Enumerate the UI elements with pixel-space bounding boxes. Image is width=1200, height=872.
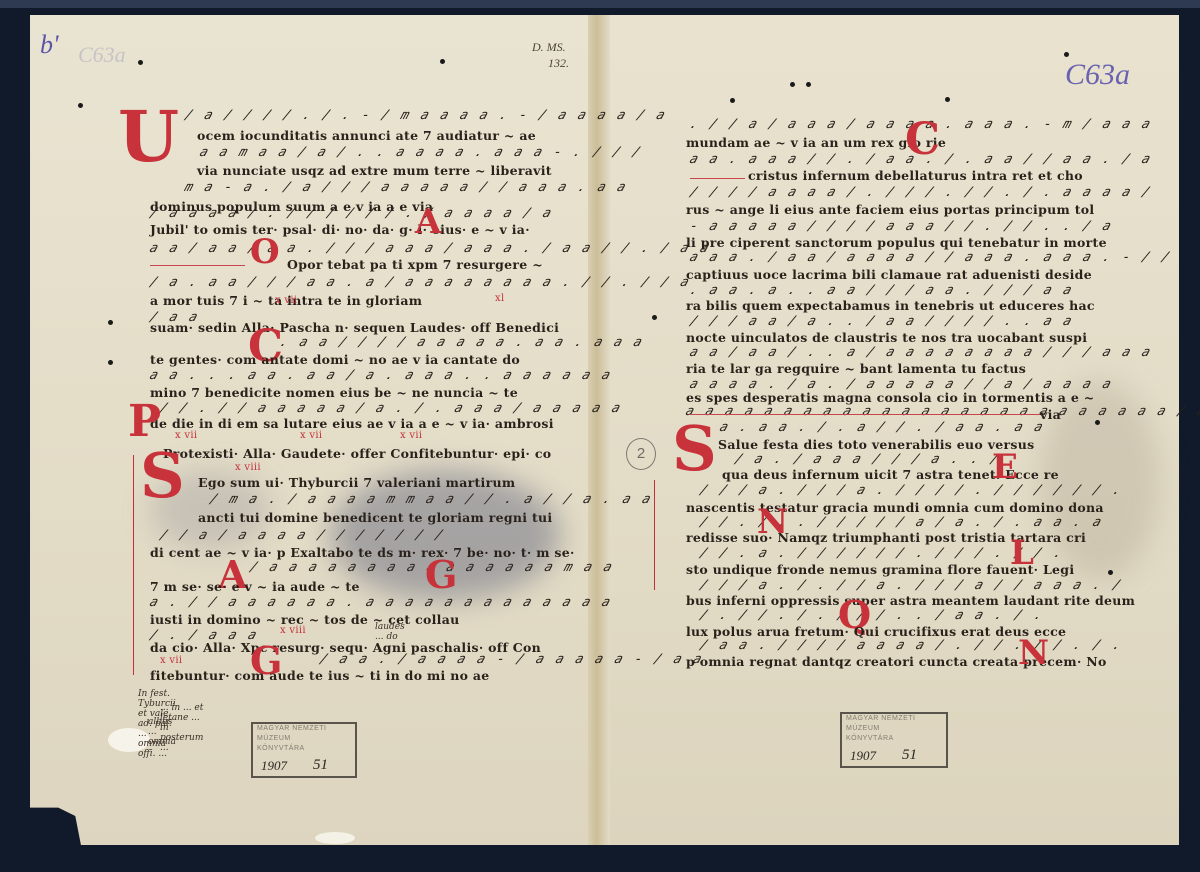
rubric-numeral: x viii (280, 625, 306, 636)
initial-s: S (140, 445, 185, 507)
text-line: Jubil' to omis ter· psal· di· no· da· g·… (150, 222, 530, 237)
initial-a: A (415, 205, 441, 239)
neume-line: a a a a a a a a a a a a a a a a a a a a … (684, 404, 1200, 419)
neume-line: / a / / / / . / . - / m a a a a . - / a … (183, 108, 669, 123)
text-line: ocem iocunditatis annunci ate 7 audiatur… (197, 128, 536, 143)
neume-line: m a - a . / a / / / a a a a a / / a a a … (183, 180, 630, 195)
text-line: nascentis testatur gracia mundi omnia cu… (686, 500, 1104, 515)
neume-line: / a a a a / . / / / / / / . / a a a a / … (148, 206, 556, 221)
neume-line: / a . a a / / / a a . a / a a a a a a a … (148, 275, 693, 290)
neume-line: a a m a a / a / . . a a a a . a a a - . … (198, 145, 645, 160)
text-line: bus inferni oppressis super astra meante… (686, 593, 1135, 608)
neume-line: / m a . / a a a a m m a a / / . a / / a … (208, 492, 655, 507)
worm-hole (138, 60, 143, 65)
neume-line: / / / a . / . / / a . / / / a / / a a a … (698, 578, 1125, 593)
shelfmark-b: b' (40, 30, 59, 60)
neume-line: a . / / a a a a a a . a a a a a a a a a … (148, 595, 615, 610)
text-line: Opor tebat pa ti xpm 7 resurgere ~ (287, 257, 543, 272)
worm-hole (108, 360, 113, 365)
interlinear-note: laudes ... do (375, 622, 405, 642)
text-line: lux polus arua fretum· Qui crucifixus er… (686, 624, 1066, 639)
neume-line: a a a . / a a / a a a a / / a a a . a a … (688, 250, 1174, 265)
rubric-numeral: x vii (275, 295, 297, 306)
red-wavy-line (150, 265, 245, 266)
text-line: di cent ae ~ v ia· p Exaltabo te ds m· r… (150, 545, 575, 560)
marginal-note: albus ... omnia (148, 717, 176, 747)
text-line: Salue festa dies toto venerabilis euo ve… (718, 437, 1034, 452)
text-line: suam· sedin Alla· Pascha n· sequen Laude… (150, 320, 559, 335)
initial-p: P (128, 400, 161, 444)
neume-line: . a a . a . . a a / / / a a . / / / a a (688, 283, 1076, 298)
text-line: Ego sum ui· Thyburcii 7 valeriani martir… (198, 475, 515, 490)
text-line: li pre ciperent sanctorum populus qui te… (686, 235, 1107, 250)
top-right-number: 132. (548, 56, 569, 71)
neume-line: / / / a . / / / a . / / / / . / / / / / … (698, 483, 1125, 498)
center-fold (588, 15, 610, 845)
stamp-number: 51 (313, 757, 328, 774)
neume-line: - a a a a a / / / / a a a / / . / / . . … (688, 219, 1115, 234)
worm-hole (78, 103, 83, 108)
initial-o: O (250, 235, 280, 269)
text-line: rus ~ ange li eius ante faciem eius port… (686, 202, 1094, 217)
worm-hole (652, 315, 657, 320)
circled-folio-number: 2 (626, 438, 656, 470)
neume-line: a a / a a / . . a / a a a a a a a a / / … (688, 345, 1155, 360)
text-line: via nunciate usqz ad extre mum terre ~ l… (197, 163, 552, 178)
library-stamp-left: MAGYAR NEMZETI MÚZEUM KÖNYVTÁRA 1907 51 (251, 722, 357, 778)
stamp-year: 1907 (261, 758, 287, 774)
neume-line: / / / a a / a . . / a a / / / / . . a a (688, 314, 1076, 329)
worm-hole (945, 97, 950, 102)
stamp-line2: KÖNYVTÁRA (253, 744, 355, 754)
neume-line: / / . / / a a a a a / a . / . a a a / a … (158, 401, 625, 416)
stamp-year: 1907 (850, 748, 876, 764)
initial-g: G (425, 556, 457, 594)
worm-hole (440, 59, 445, 64)
text-line: ra bilis quem expectabamus in tenebris u… (686, 298, 1095, 313)
initial-u: U (118, 102, 179, 172)
worm-hole (806, 82, 811, 87)
neume-line: / / / / a a a a / . / / / . / / . / . a … (688, 185, 1155, 200)
initial-s: S (672, 418, 717, 480)
text-line: nocte uinculatos de claustris te nos tra… (686, 330, 1087, 345)
scanner-top-band (0, 0, 1200, 8)
library-stamp-right: MAGYAR NEMZETI MÚZEUM KÖNYVTÁRA 1907 51 (840, 712, 948, 768)
rubric-numeral: x vii (160, 655, 182, 666)
rubric-numeral: x vii (400, 430, 422, 441)
worm-hole (790, 82, 795, 87)
worm-hole (730, 98, 735, 103)
top-right-note: D. MS. (532, 40, 566, 55)
text-line: Protexisti· Alla· Gaudete· offer Confite… (163, 446, 551, 461)
initial-e: E (992, 450, 1018, 484)
neume-line: / a a . / / / / a a a a / . / / . / / . … (698, 638, 1125, 653)
text-line: sto undique fronde nemus gramina flore f… (686, 562, 1074, 577)
worm-hole (1095, 420, 1100, 425)
neume-line: . a a / / / / a a a a a . a a . a a a (278, 335, 646, 350)
text-line: cristus infernum debellaturus intra ret … (748, 168, 1083, 183)
stamp-line1: MAGYAR NEMZETI MÚZEUM (842, 714, 946, 734)
neume-line: a . a a . / . a / / . / a a . a a (718, 420, 1047, 435)
text-line: ancti tui domine benedicent te gloriam r… (198, 510, 552, 525)
rubric-numeral: x viii (235, 462, 261, 473)
stamp-line2: KÖNYVTÁRA (842, 734, 946, 744)
neume-line: a a / a a / a a . / / / a a a / a a a . … (148, 241, 713, 256)
neume-line: / a . / a a a / / / a . . / (733, 452, 1003, 467)
red-wavy-line (690, 414, 1040, 415)
worm-hole (108, 320, 113, 325)
faint-shelfmark: C63a (78, 42, 126, 68)
text-line: captiuus uoce lacrima bili clamaue rat a… (686, 267, 1092, 282)
parchment-hole (315, 832, 355, 844)
neume-line: / / a / a a a a / / / / / / / (158, 528, 448, 543)
red-wavy-line (690, 178, 745, 179)
worm-hole (1064, 52, 1069, 57)
worm-hole (1108, 570, 1113, 575)
stamp-line1: MAGYAR NEMZETI MÚZEUM (253, 724, 355, 744)
neume-line: a a . a a a / / . / a a . / . a a / / a … (688, 152, 1155, 167)
rubric-numeral: x vii (300, 430, 322, 441)
neume-line: a a . . . a a . a a / a . a a a . . a a … (148, 368, 615, 383)
text-line: es spes desperatis magna consola cio in … (686, 390, 1095, 405)
text-line: fitebuntur· com aude te ius ~ ti in do m… (150, 668, 490, 683)
shelfmark-c63a: C63a (1065, 58, 1130, 92)
text-line: 7 m se· se· e v ~ ia aude ~ te (150, 579, 360, 594)
initial-n-2: N (1018, 636, 1049, 670)
text-line: te gentes· com antate domi ~ no ae v ia … (150, 352, 520, 367)
neume-line: / . / / . / . / / / . . / a a . / . (698, 608, 1047, 623)
neume-line: / a a . / a a a a - / a a a a a - / a a (318, 652, 706, 667)
initial-s-tail (654, 480, 655, 590)
initial-s-tail (133, 455, 134, 675)
text-line: ria te lar ga regquire ~ bant lamenta tu… (686, 361, 1026, 376)
stamp-number: 51 (902, 747, 917, 764)
rubric-numeral: xl (495, 293, 504, 304)
text-line: mino 7 benedicite nomen eius be ~ ne nun… (150, 385, 518, 400)
text-line: de die in di em sa lutare eius ae v ia a… (150, 416, 554, 431)
